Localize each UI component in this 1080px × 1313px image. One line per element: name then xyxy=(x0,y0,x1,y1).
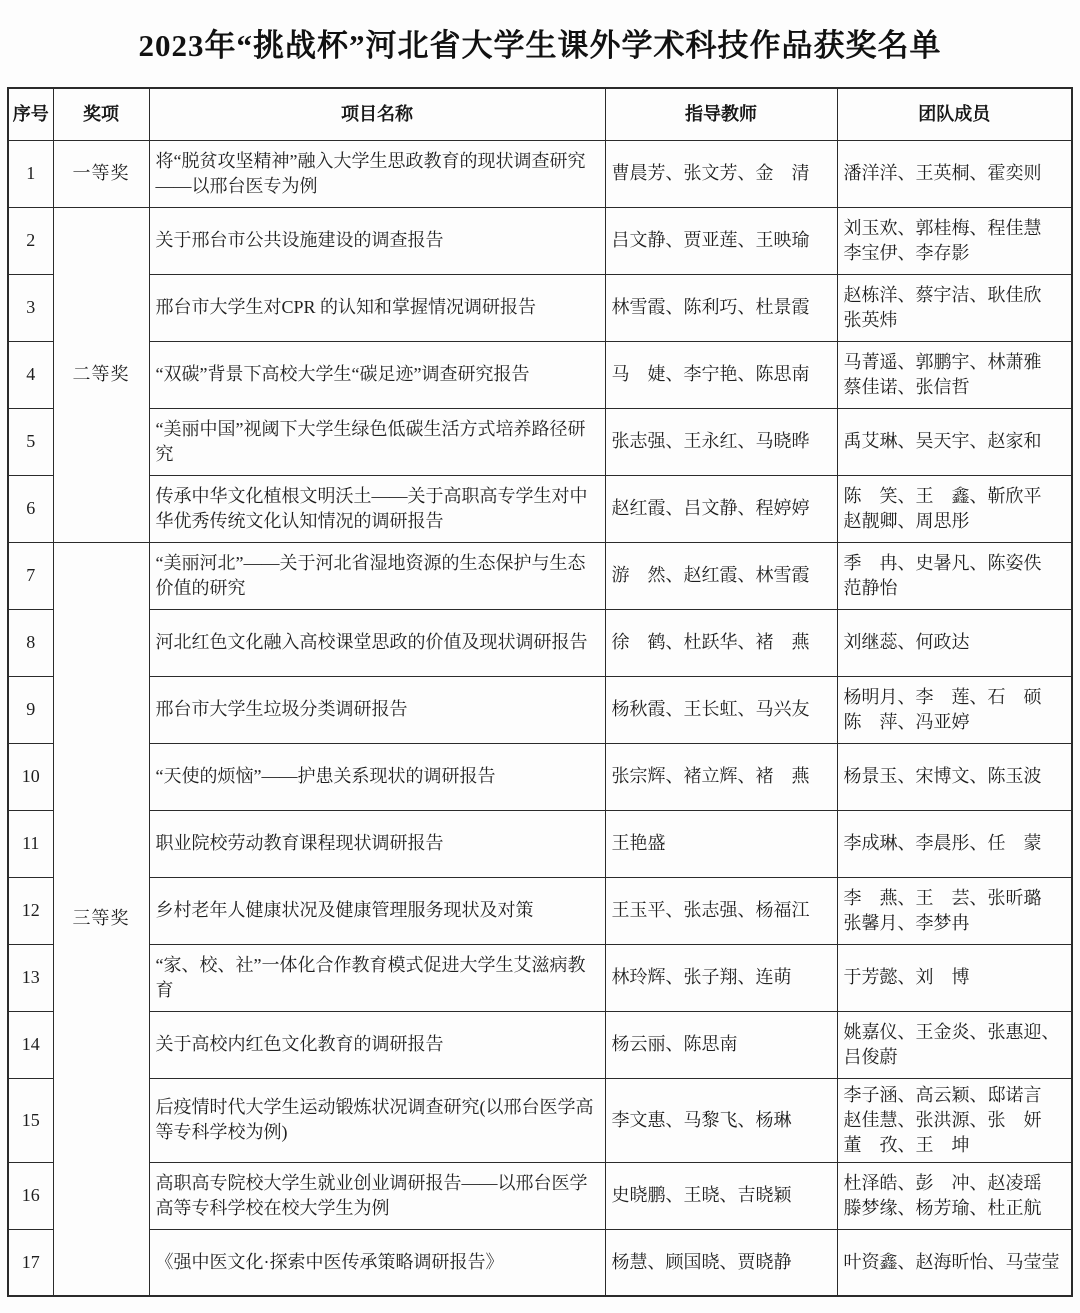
advisors-cell: 史晓鹏、王晓、吉晓颖 xyxy=(605,1162,837,1229)
row-number-cell: 12 xyxy=(8,877,53,944)
advisors-cell: 杨秋霞、王长虹、马兴友 xyxy=(605,676,837,743)
table-row: 13“家、校、社”一体化合作教育模式促进大学生艾滋病教育林玲辉、张子翔、连萌于芳… xyxy=(8,944,1072,1011)
table-row: 14关于高校内红色文化教育的调研报告杨云丽、陈思南姚嘉仪、王金炎、张惠迎、 吕俊… xyxy=(8,1011,1072,1078)
project-name-cell: 《强中医文化·探索中医传承策略调研报告》 xyxy=(149,1229,605,1296)
project-name-cell: 乡村老年人健康状况及健康管理服务现状及对策 xyxy=(149,877,605,944)
table-row: 8河北红色文化融入高校课堂思政的价值及现状调研报告徐 鹤、杜跃华、褚 燕刘继蕊、… xyxy=(8,609,1072,676)
row-number-cell: 9 xyxy=(8,676,53,743)
team-members-cell: 潘洋洋、王英桐、霍奕则 xyxy=(837,140,1072,207)
advisors-cell: 张宗辉、褚立辉、褚 燕 xyxy=(605,743,837,810)
awards-table: 序号 奖项 项目名称 指导教师 团队成员 1一等奖将“脱贫攻坚精神”融入大学生思… xyxy=(7,87,1073,1297)
table-row: 7三等奖“美丽河北”——关于河北省湿地资源的生态保护与生态价值的研究游 然、赵红… xyxy=(8,542,1072,609)
table-row: 16高职高专院校大学生就业创业调研报告——以邢台医学高等专科学校在校大学生为例史… xyxy=(8,1162,1072,1229)
team-members-cell: 叶资鑫、赵海昕怡、马莹莹 xyxy=(837,1229,1072,1296)
project-name-cell: 关于高校内红色文化教育的调研报告 xyxy=(149,1011,605,1078)
team-members-cell: 刘继蕊、何政达 xyxy=(837,609,1072,676)
team-members-cell: 杨景玉、宋博文、陈玉波 xyxy=(837,743,1072,810)
row-number-cell: 15 xyxy=(8,1078,53,1162)
advisors-cell: 李文惠、马黎飞、杨琳 xyxy=(605,1078,837,1162)
project-name-cell: “双碳”背景下高校大学生“碳足迹”调查研究报告 xyxy=(149,341,605,408)
project-name-cell: “家、校、社”一体化合作教育模式促进大学生艾滋病教育 xyxy=(149,944,605,1011)
project-name-cell: 职业院校劳动教育课程现状调研报告 xyxy=(149,810,605,877)
table-row: 5“美丽中国”视阈下大学生绿色低碳生活方式培养路径研究张志强、王永红、马晓晔禹艾… xyxy=(8,408,1072,475)
header-row: 序号 奖项 项目名称 指导教师 团队成员 xyxy=(8,88,1072,140)
team-members-cell: 赵栋洋、蔡宇洁、耿佳欣 张英炜 xyxy=(837,274,1072,341)
table-row: 17《强中医文化·探索中医传承策略调研报告》杨慧、顾国晓、贾晓静叶资鑫、赵海昕怡… xyxy=(8,1229,1072,1296)
row-number-cell: 7 xyxy=(8,542,53,609)
col-header-number: 序号 xyxy=(8,88,53,140)
table-row: 2二等奖关于邢台市公共设施建设的调查报告吕文静、贾亚莲、王映瑜刘玉欢、郭桂梅、程… xyxy=(8,207,1072,274)
team-members-cell: 刘玉欢、郭桂梅、程佳慧 李宝伊、李存影 xyxy=(837,207,1072,274)
row-number-cell: 16 xyxy=(8,1162,53,1229)
row-number-cell: 4 xyxy=(8,341,53,408)
table-row: 11职业院校劳动教育课程现状调研报告王艳盛李成琳、李晨彤、任 蒙 xyxy=(8,810,1072,877)
row-number-cell: 3 xyxy=(8,274,53,341)
table-body: 1一等奖将“脱贫攻坚精神”融入大学生思政教育的现状调查研究——以邢台医专为例曹晨… xyxy=(8,140,1072,1296)
team-members-cell: 李 燕、王 芸、张昕璐 张馨月、李梦冉 xyxy=(837,877,1072,944)
project-name-cell: 关于邢台市公共设施建设的调查报告 xyxy=(149,207,605,274)
table-row: 12乡村老年人健康状况及健康管理服务现状及对策王玉平、张志强、杨福江李 燕、王 … xyxy=(8,877,1072,944)
advisors-cell: 徐 鹤、杜跃华、褚 燕 xyxy=(605,609,837,676)
team-members-cell: 李子涵、高云颖、邸诺言 赵佳慧、张洪源、张 妍 董 孜、王 坤 xyxy=(837,1078,1072,1162)
col-header-project: 项目名称 xyxy=(149,88,605,140)
col-header-advisors: 指导教师 xyxy=(605,88,837,140)
team-members-cell: 陈 笑、王 鑫、靳欣平 赵靓卿、周思彤 xyxy=(837,475,1072,542)
advisors-cell: 杨云丽、陈思南 xyxy=(605,1011,837,1078)
table-row: 4“双碳”背景下高校大学生“碳足迹”调查研究报告马 婕、李宁艳、陈思南马菁遥、郭… xyxy=(8,341,1072,408)
document-page: 2023年“挑战杯”河北省大学生课外学术科技作品获奖名单 序号 奖项 项目名称 … xyxy=(0,0,1080,1313)
table-row: 15后疫情时代大学生运动锻炼状况调查研究(以邢台医学高等专科学校为例)李文惠、马… xyxy=(8,1078,1072,1162)
col-header-award: 奖项 xyxy=(53,88,149,140)
advisors-cell: 张志强、王永红、马晓晔 xyxy=(605,408,837,475)
project-name-cell: 传承中华文化植根文明沃土——关于高职高专学生对中华优秀传统文化认知情况的调研报告 xyxy=(149,475,605,542)
project-name-cell: 邢台市大学生对CPR 的认知和掌握情况调研报告 xyxy=(149,274,605,341)
team-members-cell: 姚嘉仪、王金炎、张惠迎、 吕俊蔚 xyxy=(837,1011,1072,1078)
page-title: 2023年“挑战杯”河北省大学生课外学术科技作品获奖名单 xyxy=(0,0,1080,87)
advisors-cell: 赵红霞、吕文静、程婷婷 xyxy=(605,475,837,542)
row-number-cell: 1 xyxy=(8,140,53,207)
team-members-cell: 马菁遥、郭鹏宇、林萧雅 蔡佳诺、张信哲 xyxy=(837,341,1072,408)
project-name-cell: “美丽中国”视阈下大学生绿色低碳生活方式培养路径研究 xyxy=(149,408,605,475)
advisors-cell: 曹晨芳、张文芳、金 清 xyxy=(605,140,837,207)
project-name-cell: “天使的烦恼”——护患关系现状的调研报告 xyxy=(149,743,605,810)
row-number-cell: 2 xyxy=(8,207,53,274)
table-row: 6传承中华文化植根文明沃土——关于高职高专学生对中华优秀传统文化认知情况的调研报… xyxy=(8,475,1072,542)
team-members-cell: 杜泽皓、彭 冲、赵凌瑶 滕梦缘、杨芳瑜、杜正航 xyxy=(837,1162,1072,1229)
award-cell: 三等奖 xyxy=(53,542,149,1296)
project-name-cell: 河北红色文化融入高校课堂思政的价值及现状调研报告 xyxy=(149,609,605,676)
team-members-cell: 杨明月、李 莲、石 硕 陈 萍、冯亚婷 xyxy=(837,676,1072,743)
advisors-cell: 王艳盛 xyxy=(605,810,837,877)
advisors-cell: 林玲辉、张子翔、连萌 xyxy=(605,944,837,1011)
advisors-cell: 吕文静、贾亚莲、王映瑜 xyxy=(605,207,837,274)
row-number-cell: 14 xyxy=(8,1011,53,1078)
project-name-cell: 邢台市大学生垃圾分类调研报告 xyxy=(149,676,605,743)
advisors-cell: 游 然、赵红霞、林雪霞 xyxy=(605,542,837,609)
advisors-cell: 杨慧、顾国晓、贾晓静 xyxy=(605,1229,837,1296)
project-name-cell: 高职高专院校大学生就业创业调研报告——以邢台医学高等专科学校在校大学生为例 xyxy=(149,1162,605,1229)
advisors-cell: 王玉平、张志强、杨福江 xyxy=(605,877,837,944)
row-number-cell: 17 xyxy=(8,1229,53,1296)
table-row: 1一等奖将“脱贫攻坚精神”融入大学生思政教育的现状调查研究——以邢台医专为例曹晨… xyxy=(8,140,1072,207)
table-row: 3邢台市大学生对CPR 的认知和掌握情况调研报告林雪霞、陈利巧、杜景霞赵栋洋、蔡… xyxy=(8,274,1072,341)
row-number-cell: 10 xyxy=(8,743,53,810)
advisors-cell: 林雪霞、陈利巧、杜景霞 xyxy=(605,274,837,341)
table-row: 9邢台市大学生垃圾分类调研报告杨秋霞、王长虹、马兴友杨明月、李 莲、石 硕 陈 … xyxy=(8,676,1072,743)
row-number-cell: 11 xyxy=(8,810,53,877)
team-members-cell: 李成琳、李晨彤、任 蒙 xyxy=(837,810,1072,877)
project-name-cell: “美丽河北”——关于河北省湿地资源的生态保护与生态价值的研究 xyxy=(149,542,605,609)
table-row: 10“天使的烦恼”——护患关系现状的调研报告张宗辉、褚立辉、褚 燕杨景玉、宋博文… xyxy=(8,743,1072,810)
award-cell: 一等奖 xyxy=(53,140,149,207)
team-members-cell: 禹艾琳、吴天宇、赵家和 xyxy=(837,408,1072,475)
project-name-cell: 将“脱贫攻坚精神”融入大学生思政教育的现状调查研究——以邢台医专为例 xyxy=(149,140,605,207)
col-header-team: 团队成员 xyxy=(837,88,1072,140)
row-number-cell: 5 xyxy=(8,408,53,475)
row-number-cell: 6 xyxy=(8,475,53,542)
award-cell: 二等奖 xyxy=(53,207,149,542)
row-number-cell: 8 xyxy=(8,609,53,676)
project-name-cell: 后疫情时代大学生运动锻炼状况调查研究(以邢台医学高等专科学校为例) xyxy=(149,1078,605,1162)
row-number-cell: 13 xyxy=(8,944,53,1011)
advisors-cell: 马 婕、李宁艳、陈思南 xyxy=(605,341,837,408)
team-members-cell: 于芳懿、刘 博 xyxy=(837,944,1072,1011)
team-members-cell: 季 冉、史暑凡、陈姿佚 范静怡 xyxy=(837,542,1072,609)
